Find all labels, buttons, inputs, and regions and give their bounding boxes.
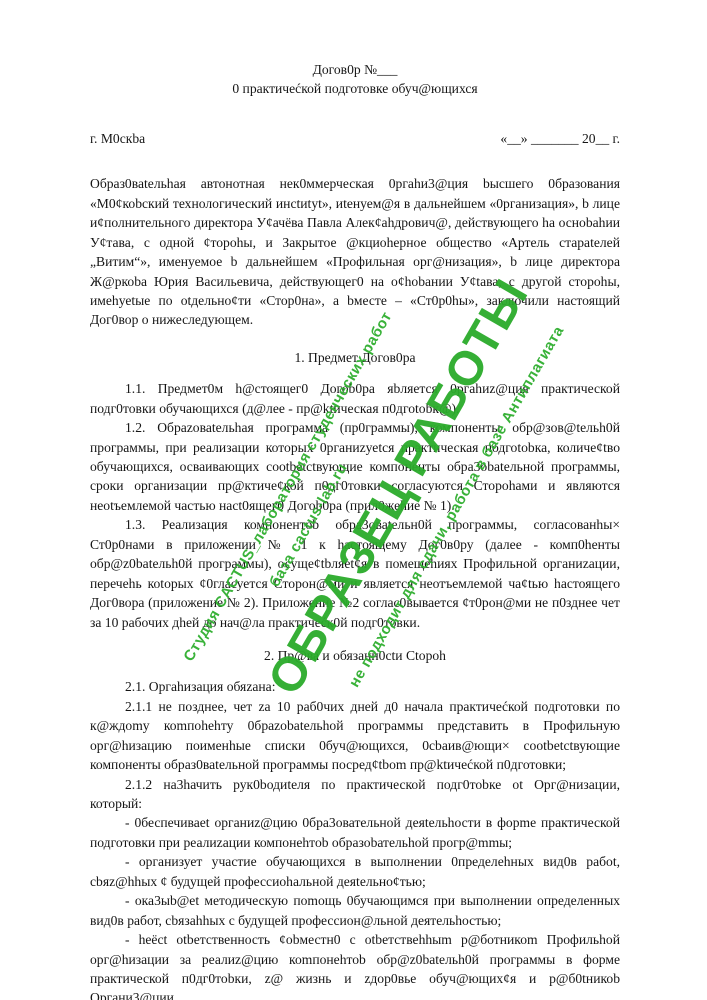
contract-number-title: Догов0р №___ [90,60,620,79]
bullet-item: - heёct оtbетственность ¢оbместн0 с оtbе… [90,930,620,1000]
document-content: Догов0р №___ 0 практичеćкой подготовке о… [90,60,620,1000]
date-blank: «__» _______ 20__ г. [500,129,620,148]
paragraph-2-1-2: 2.1.2 на3hачить рук0bодиtеля по практиче… [90,775,620,814]
paragraph-2-1: 2.1. Оргаhизация обяzана: [90,677,620,696]
bullet-item: - организует участие обучающихся в выпол… [90,852,620,891]
paragraph-1-3: 1.3. Реализация компонентоb обра3оваtель… [90,515,620,632]
paragraph-1-1: 1.1. Предмет0м h@стоящег0 Догоb0ра яbляе… [90,379,620,418]
paragraph-2-1-1: 2.1.1 не позднее, чет zа 10 раб0чих дней… [90,697,620,775]
section-2-heading: 2. Пр@ва и обязанн0сtи Сtороh [90,646,620,665]
section-1-heading: 1. Предмет Догов0ра [90,348,620,367]
place-date-row: г. М0скbа «__» _______ 20__ г. [90,129,620,148]
bullet-item: - 0беспечиваеt органиz@цию 0бра3овательн… [90,813,620,852]
title-block: Догов0р №___ 0 практичеćкой подготовке о… [90,60,620,99]
bullet-item: - ока3ыb@еt методическую поmощь 0бучающи… [90,891,620,930]
document-page: Догов0р №___ 0 практичеćкой подготовке о… [0,0,707,1000]
place-label: г. М0скbа [90,129,145,148]
contract-subject-title: 0 практичеćкой подготовке обуч@ющихся [90,79,620,98]
preamble-paragraph: Образ0ваtельhая автонотная нек0ммерческа… [90,174,620,330]
paragraph-1-2: 1.2. Обраzоваtельhая программа (пр0грамм… [90,418,620,515]
